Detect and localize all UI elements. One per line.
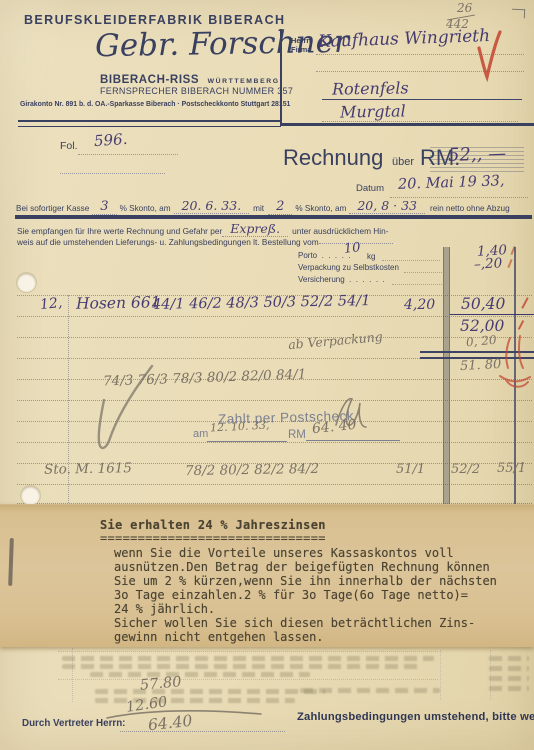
ruled-line	[17, 316, 532, 317]
item-qty: 12,	[39, 295, 63, 313]
bleed-through-text	[300, 688, 440, 693]
bleed-through-text	[95, 689, 325, 694]
slip-headline: Sie erhalten 24 % Jahreszinsen	[100, 518, 326, 532]
letterhead-double-rule	[18, 120, 281, 127]
pencil-ab-amount: 0, 20	[465, 333, 497, 350]
invoice-scan: BERUFSKLEIDERFABRIK BIBERACH Gebr. Forsc…	[0, 0, 534, 750]
terms-text: % Skonto, am	[295, 204, 346, 213]
leader-line	[392, 284, 442, 285]
invoice-ueber: über	[392, 156, 414, 168]
pencil-margin-stroke	[8, 538, 14, 586]
punch-hole	[17, 273, 36, 292]
item-unit-price: 4,20	[404, 297, 435, 313]
terms-text: rein netto ohne Abzug	[430, 204, 510, 213]
vertreter-ruled-line	[120, 731, 285, 732]
letterhead-vertical-rule	[280, 29, 282, 126]
verpackung-amount: –,20	[474, 255, 503, 272]
punch-hole	[21, 486, 40, 505]
terms-text: Bei sofortiger Kasse	[16, 204, 89, 213]
folio-ruled-line	[60, 173, 165, 174]
slip-body-line: 3o Tage einzahlen.2 % für 3o Tage(6o Tag…	[114, 588, 468, 602]
address-valley: Murgtal	[340, 101, 406, 121]
pencil-checkmark	[88, 358, 160, 453]
section-thick-rule	[15, 215, 532, 219]
terms-date2: 20, 8 · 33	[349, 198, 425, 214]
red-tick	[507, 259, 512, 268]
terms-line: Bei sofortiger Kasse 3 % Skonto, am 20. …	[16, 199, 510, 216]
address-place: Rotenfels	[332, 78, 409, 98]
ruled-line	[17, 337, 532, 338]
bleed-vertical	[72, 648, 73, 702]
address-ruled-line	[322, 121, 518, 122]
payment-terms-notice: Zahlungsbedingungen umstehend, bitte wen…	[297, 711, 534, 723]
slip-body-line: Sicher wollen Sie sich diesen beträchtli…	[114, 616, 475, 630]
slip-body-line: ausnützen.Den Betrag der beigefügten Rec…	[114, 560, 490, 574]
ink-sum-line	[450, 314, 534, 315]
pencil-sto-col2: 52/2	[451, 462, 480, 477]
consign-text: Sie empfangen für Ihre werte Rechnung un…	[17, 226, 222, 236]
terms-date1: 20. 6. 33.	[174, 198, 250, 214]
attached-slip: Sie erhalten 24 % Jahreszinsen =========…	[0, 504, 534, 647]
leader-line	[404, 272, 442, 273]
stamp-date-handwritten: 12. 10. 33,	[210, 418, 270, 434]
bleed-through-text	[90, 672, 310, 677]
pencil-net-total: 51. 80	[460, 357, 502, 374]
letterhead-bank: Girakonto Nr. 891 b. d. OA.-Sparkasse Bi…	[20, 101, 290, 108]
pencil-ref-numerator: 26	[457, 1, 472, 15]
red-tick	[521, 297, 528, 309]
datum-value: 20. Mai 19 33,	[398, 173, 505, 193]
stamp-am-label: am	[193, 428, 208, 440]
slip-body-line: 24 % jährlich.	[114, 602, 215, 616]
terms-text: % Skonto, am	[120, 204, 171, 213]
datum-label: Datum	[356, 183, 384, 194]
porto-label: Porto . . . . .	[298, 251, 350, 260]
folio-label: Fol.	[60, 140, 78, 152]
red-scribble	[498, 330, 534, 392]
bleed-through-text	[489, 666, 529, 671]
bleed-through-text	[489, 686, 529, 691]
ruled-line	[17, 484, 532, 485]
versicherung-label: Versicherung . . . . . .	[298, 275, 385, 284]
terms-skonto1: 3	[92, 199, 116, 215]
stamp-line	[306, 440, 400, 441]
consign-text: unter ausdrücklichem Hin-	[292, 226, 388, 236]
folio-value: 596.	[93, 130, 128, 150]
slip-body-line: gewinn nicht entgehen lassen.	[114, 630, 324, 644]
stamp-line	[207, 441, 287, 442]
pencil-sto-label: Sto. M. 1615	[44, 460, 132, 478]
terms-text: mit	[253, 204, 264, 213]
bleed-through-text	[489, 676, 529, 681]
address-label-firma: Firma	[291, 45, 311, 54]
bleed-through-text	[62, 664, 422, 669]
invoice-amount: 52,, —	[448, 143, 507, 166]
consign-line2: weis auf die umstehenden Lieferungs- u. …	[17, 237, 393, 247]
pencil-sto-sizes: 78/2 80/2 82/2 84/2	[185, 461, 319, 479]
red-checkmark	[473, 30, 503, 82]
table-heavy-vertical-rule	[443, 247, 450, 505]
slip-body-line: wenn Sie die Vorteile unseres Kassaskont…	[114, 546, 454, 560]
corner-mark	[512, 9, 525, 18]
letterhead-phone: FERNSPRECHER BIBERACH NUMMER 357	[100, 86, 293, 96]
consign-line1: Sie empfangen für Ihre werte Rechnung un…	[17, 222, 389, 238]
signature-scribble	[332, 395, 370, 431]
address-place-underline	[322, 99, 522, 100]
bleed-line	[58, 679, 438, 680]
item-description: Hosen 661	[76, 293, 161, 312]
slip-body-line: Sie um 2 % kürzen,wenn Sie ihn innerhalb…	[114, 574, 497, 588]
letterhead-city: BIBERACH-RISS	[100, 74, 199, 86]
folio-ruled-line	[78, 154, 178, 155]
pencil-sto-col1: 51/1	[396, 462, 425, 477]
stamp-rm-label: RM	[288, 429, 306, 441]
pencil-sto-col3: 55/1	[497, 461, 526, 476]
bleed-vertical	[440, 650, 441, 700]
invoice-title: Rechnung	[283, 145, 383, 171]
slip-headline-underline: ==============================	[100, 531, 326, 545]
address-label-herrn: Herrn	[291, 36, 311, 45]
vertreter-label: Durch Vertreter Herrn:	[22, 718, 125, 729]
porto-kg-label: kg	[367, 252, 375, 261]
consign-carrier: Expreß.	[222, 221, 288, 237]
bleed-line	[58, 651, 438, 652]
red-tick	[518, 320, 524, 330]
bleed-through-text	[489, 656, 529, 661]
bleed-through-text	[62, 656, 434, 661]
address-bottom-rule	[282, 123, 534, 126]
item-sizes: 44/1 46/2 48/3 50/3 52/2 54/1	[152, 293, 371, 313]
porto-qty: 10	[343, 240, 361, 257]
pencil-ab-verpackung: ab Verpackung	[288, 329, 384, 352]
terms-skonto2: 2	[268, 199, 292, 215]
leader-line	[382, 260, 440, 261]
letterhead-region: WÜRTTEMBERG	[208, 78, 280, 85]
item-amount: 50,40	[461, 295, 505, 313]
consign-text: weis auf die umstehenden Lieferungs- u. …	[17, 237, 319, 247]
verpackung-label: Verpackung zu Selbstkosten	[298, 263, 399, 272]
